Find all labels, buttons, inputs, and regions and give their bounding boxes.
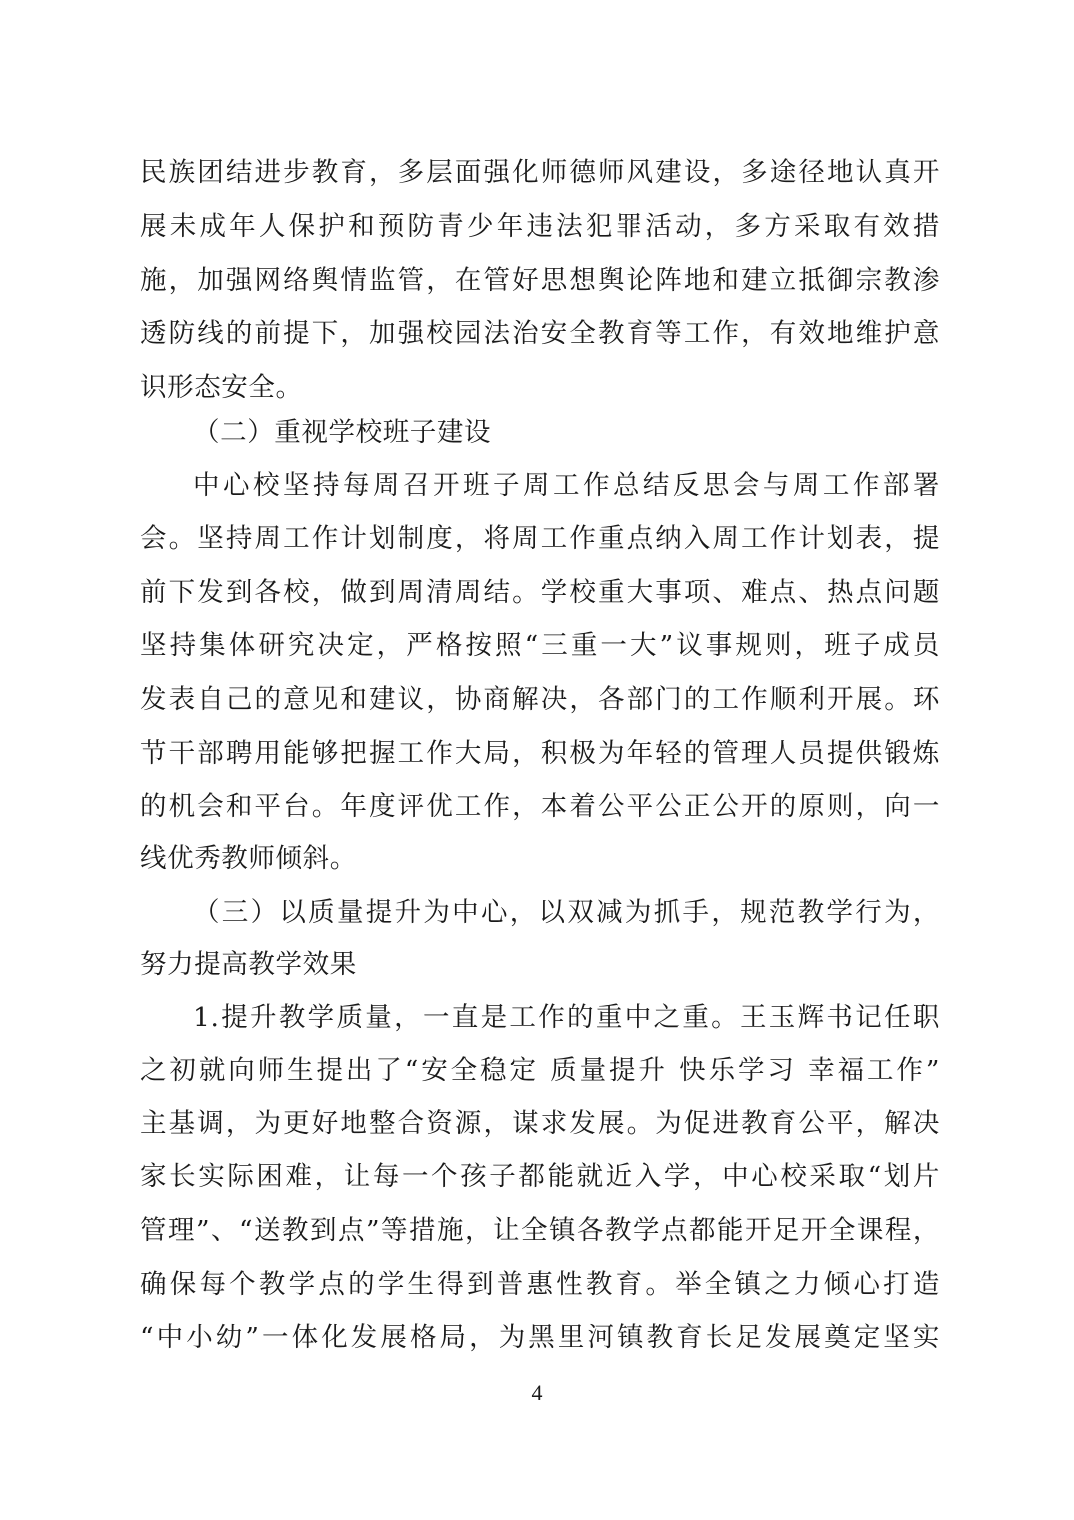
paragraph-line: 线优秀教师倾斜。 — [140, 839, 940, 879]
section-heading: 努力提高教学效果 — [140, 945, 940, 985]
paragraph-line: 主基调，为更好地整合资源，谋求发展。为促进教育公平，解决 — [140, 1104, 940, 1144]
paragraph-line: 识形态安全。 — [140, 368, 940, 408]
paragraph-line: 坚持集体研究决定，严格按照“三重一大”议事规则，班子成员 — [140, 626, 940, 666]
paragraph-line: 之初就向师生提出了“安全稳定 质量提升 快乐学习 幸福工作” — [140, 1051, 940, 1091]
paragraph-line: 节干部聘用能够把握工作大局，积极为年轻的管理人员提供锻炼 — [140, 734, 940, 774]
paragraph-line: “中小幼”一体化发展格局，为黑里河镇教育长足发展奠定坚实 — [140, 1318, 940, 1358]
page-number: 4 — [0, 1378, 1074, 1408]
paragraph-line: 家长实际困难，让每一个孩子都能就近入学，中心校采取“划片 — [140, 1157, 940, 1197]
paragraph-line: 民族团结进步教育，多层面强化师德师风建设，多途径地认真开 — [140, 153, 940, 193]
section-heading: （三）以质量提升为中心，以双减为抓手，规范教学行为， — [193, 893, 940, 933]
document-page: 民族团结进步教育，多层面强化师德师风建设，多途径地认真开 展未成年人保护和预防青… — [0, 0, 1074, 1520]
paragraph-line: 会。坚持周工作计划制度，将周工作重点纳入周工作计划表，提 — [140, 519, 940, 559]
paragraph-line: 施，加强网络舆情监管，在管好思想舆论阵地和建立抵御宗教渗 — [140, 261, 940, 301]
paragraph-line: 中心校坚持每周召开班子周工作总结反思会与周工作部署 — [193, 466, 940, 506]
paragraph-line: 管理”、“送教到点”等措施，让全镇各教学点都能开足开全课程， — [140, 1211, 940, 1251]
paragraph-line: 的机会和平台。年度评优工作，本着公平公正公开的原则，向一 — [140, 787, 940, 827]
section-heading: （二）重视学校班子建设 — [193, 413, 940, 453]
paragraph-line: 发表自己的意见和建议，协商解决，各部门的工作顺利开展。环 — [140, 680, 940, 720]
paragraph-line: 透防线的前提下，加强校园法治安全教育等工作，有效地维护意 — [140, 314, 940, 354]
paragraph-line: 1.提升教学质量，一直是工作的重中之重。王玉辉书记任职 — [193, 998, 940, 1038]
paragraph-line: 展未成年人保护和预防青少年违法犯罪活动，多方采取有效措 — [140, 207, 940, 247]
paragraph-line: 前下发到各校，做到周清周结。学校重大事项、难点、热点问题 — [140, 573, 940, 613]
paragraph-line: 确保每个教学点的学生得到普惠性教育。举全镇之力倾心打造 — [140, 1265, 940, 1305]
